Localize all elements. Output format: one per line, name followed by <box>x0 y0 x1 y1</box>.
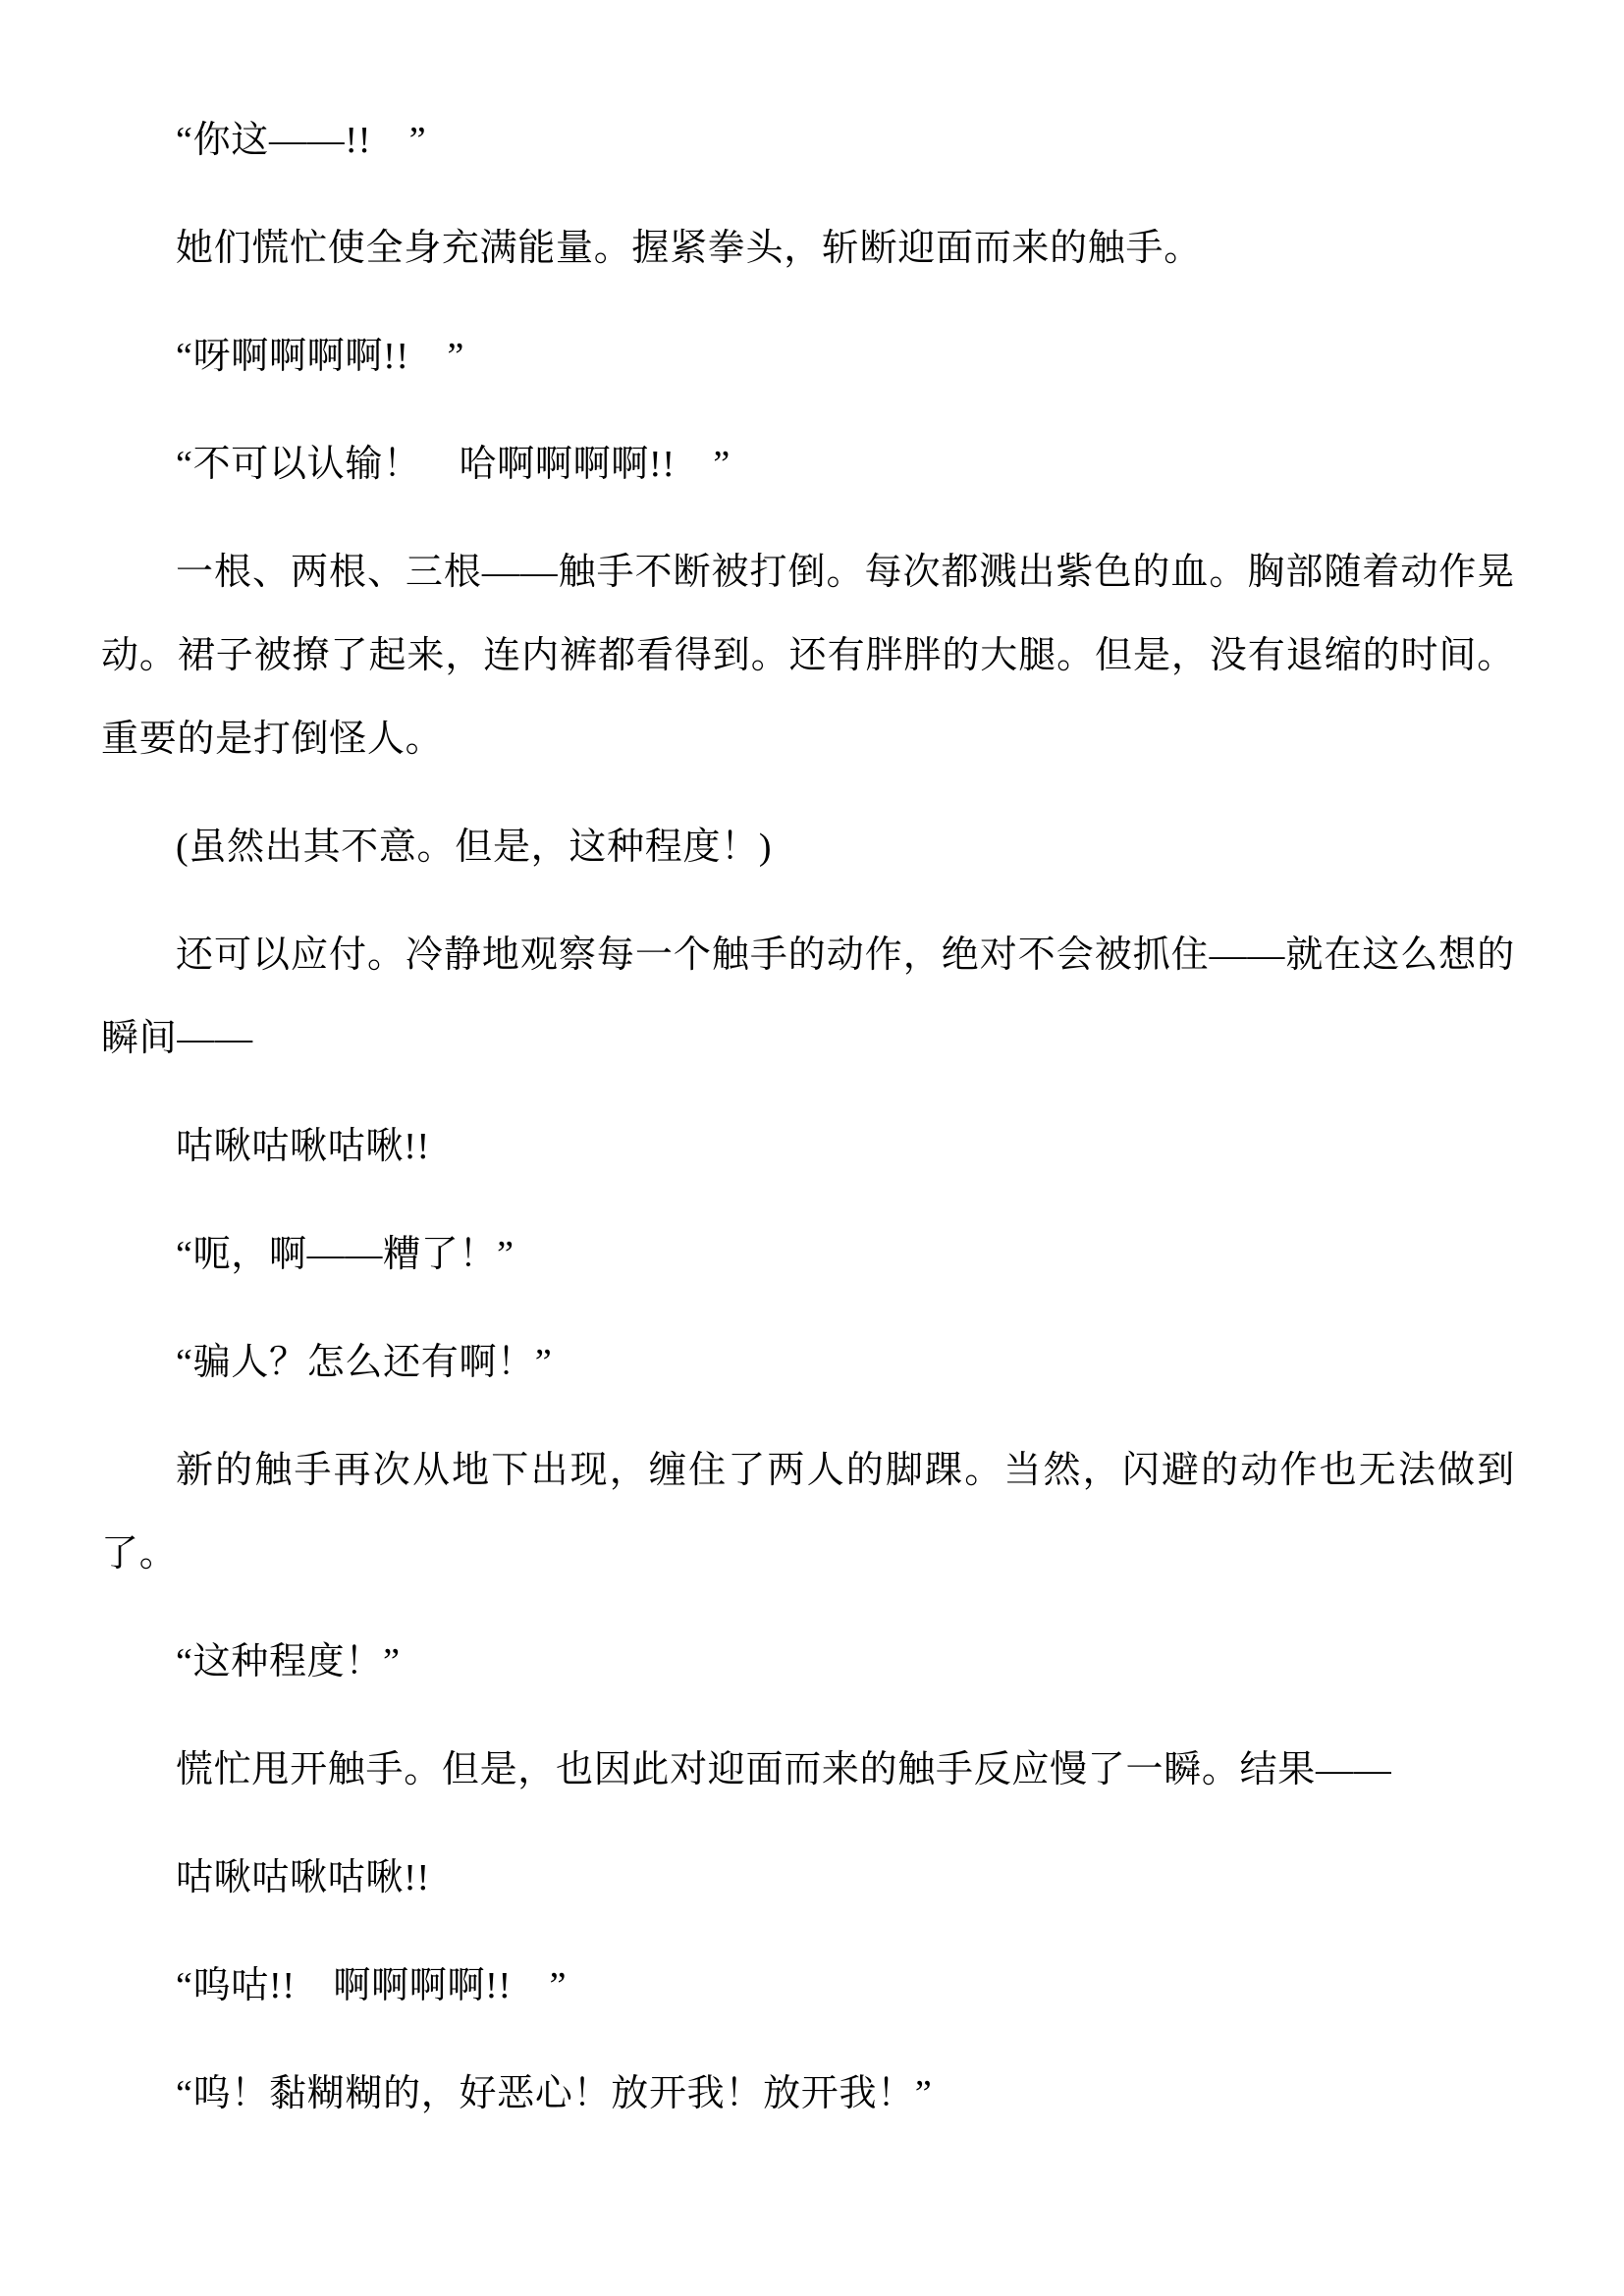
paragraph: “不可以认输！ 哈啊啊啊啊!! ” <box>101 423 1515 507</box>
text-content: “你这——!! ” 她们慌忙使全身充满能量。握紧拳头，斩断迎面而来的触手。 “呀… <box>101 99 1515 2136</box>
document-page: “你这——!! ” 她们慌忙使全身充满能量。握紧拳头，斩断迎面而来的触手。 “呀… <box>0 0 1624 2296</box>
paragraph: 新的触手再次从地下出现，缠住了两人的脚踝。当然，闪避的动作也无法做到了。 <box>101 1429 1515 1596</box>
paragraph: “呜！黏糊糊的，好恶心！放开我！放开我！” <box>101 2053 1515 2136</box>
paragraph: (虽然出其不意。但是，这种程度！) <box>101 806 1515 889</box>
paragraph: “这种程度！” <box>101 1621 1515 1704</box>
paragraph: 慌忙甩开触手。但是，也因此对迎面而来的触手反应慢了一瞬。结果—— <box>101 1729 1515 1812</box>
paragraph: “呜咕!! 啊啊啊啊!! ” <box>101 1945 1515 2028</box>
paragraph: “你这——!! ” <box>101 99 1515 183</box>
paragraph: “呃，啊——糟了！” <box>101 1213 1515 1297</box>
paragraph: 她们慌忙使全身充满能量。握紧拳头，斩断迎面而来的触手。 <box>101 207 1515 291</box>
paragraph: “骗人？怎么还有啊！” <box>101 1321 1515 1405</box>
paragraph: 一根、两根、三根——触手不断被打倒。每次都溅出紫色的血。胸部随着动作晃动。裙子被… <box>101 531 1515 781</box>
paragraph: 还可以应付。冷静地观察每一个触手的动作，绝对不会被抓住——就在这么想的瞬间—— <box>101 914 1515 1081</box>
paragraph: “呀啊啊啊啊!! ” <box>101 315 1515 399</box>
paragraph: 咕啾咕啾咕啾!! <box>101 1837 1515 1920</box>
paragraph: 咕啾咕啾咕啾!! <box>101 1105 1515 1189</box>
